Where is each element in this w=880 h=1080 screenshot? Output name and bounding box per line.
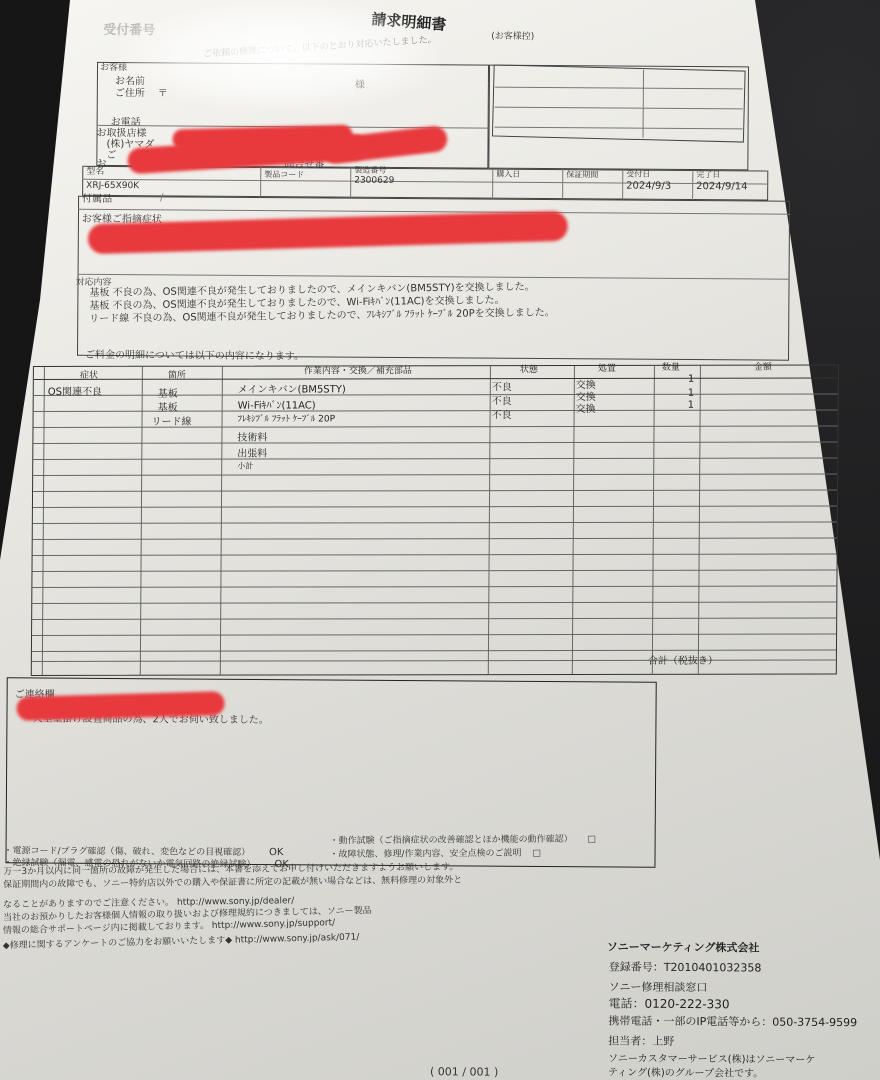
code-label: 製品コード (264, 171, 304, 180)
model-label: 型名 (86, 168, 104, 178)
total-label: 合計（税抜き） (648, 652, 718, 667)
row-1-symptom: OS関連不良 (48, 383, 102, 398)
row-1-status: 不良 (492, 378, 512, 393)
row-2-work: Wi-Fiｷﾊﾞﾝ(11AC) (238, 396, 316, 411)
row-3-action: 交換 (576, 400, 596, 415)
row-5-work: 出張料 (237, 445, 267, 460)
dealer-label: お取扱店様 (97, 128, 147, 139)
row-2-location: 基板 (158, 399, 178, 414)
header-location: 箇所 (168, 368, 186, 381)
charges-table: 症状 箇所 作業内容・交換／補充部品 状態 処置 数量 金額 OS関連不良 基板… (31, 365, 839, 676)
received-label: 受付日 (626, 171, 650, 180)
row-2-qty: 1 (688, 388, 694, 399)
header-status: 状態 (520, 362, 538, 375)
group-note-1: ソニーカスタマーサービス(株)はソニーマーケ (608, 1053, 815, 1065)
row-3-work: ﾌﾚｷｼﾌﾞﾙ ﾌﾗｯﾄ ｹｰﾌﾞﾙ 20P (238, 411, 336, 424)
header-amount: 金額 (754, 360, 772, 373)
completed-label: 完了日 (696, 171, 720, 180)
accessories-label: 付属品 (82, 194, 112, 205)
row-4-work: 技術料 (237, 429, 267, 444)
header-action: 処置 (598, 361, 616, 374)
invoice-document: 受付番号 請求明細書 (お客様控) ご依頼の修理について、以下のとおり対応いたし… (0, 0, 880, 1080)
row-2-status: 不良 (492, 392, 512, 407)
company-registration: 登録番号：T2010401032358 (609, 961, 762, 974)
check-operation: ・動作試験（ご指摘症状の改善確認とほか機能の動作確認） □ (330, 836, 596, 848)
row-6-work: 小計 (237, 461, 253, 472)
serial-label: 製造番号 (354, 167, 386, 176)
mobile-phone: 携帯電話・一部のIP電話等から：050-3754-9599 (608, 1015, 857, 1029)
row-3-status: 不良 (492, 406, 512, 421)
row-1-location: 基板 (158, 385, 178, 400)
received-value: 2024/9/3 (626, 181, 671, 192)
completed-value: 2024/9/14 (696, 181, 747, 192)
model-value: XRJ-65X90K (86, 182, 139, 192)
row-3-location: リード線 (151, 413, 191, 428)
notice-line-2: 保証期間内の故障でも、ソニー特約店以外での購入や保証書に所定の記載が無い場合など… (3, 876, 462, 891)
serial-value: 2300629 (354, 177, 394, 187)
dealer-line-2: ご (106, 150, 116, 161)
header-symptom: 症状 (80, 368, 98, 381)
check-explanation: ・故障状態、修理/作業内容、安全点検のご説明 □ (329, 850, 541, 861)
repair-desk: ソニー修理相談窓口 (609, 981, 708, 994)
phone-label: お電話 (111, 117, 141, 128)
accessories-value: / (160, 192, 163, 203)
warranty-label: 保証期間 (566, 171, 598, 180)
page-indicator: ( 001 / 001 ) (430, 1066, 498, 1079)
header-qty: 数量 (662, 360, 680, 373)
repair-phone: 電話：0120-222-330 (608, 997, 729, 1011)
notice-line-6: ◆修理に関するアンケートのご協力をお願いいたします◆ http://www.so… (3, 934, 360, 953)
row-3-qty: 1 (688, 400, 694, 411)
copy-label: (お客様控) (491, 33, 534, 43)
light-glare (120, 0, 440, 110)
staff-name: 担当者：上野 (608, 1035, 674, 1048)
row-1-qty: 1 (688, 374, 694, 385)
stamp-grid (492, 64, 746, 142)
row-1-work: メインキバン(BM5STY) (238, 380, 346, 395)
purchase-label: 購入日 (496, 171, 520, 180)
group-note-2: ティング(株)のグループ会社です。 (608, 1067, 763, 1079)
header-work: 作業内容・交換／補充部品 (304, 363, 412, 376)
charges-intro: ご料金の明細については以下の内容になります。 (85, 350, 304, 363)
company-name: ソニーマーケティング株式会社 (607, 941, 760, 954)
